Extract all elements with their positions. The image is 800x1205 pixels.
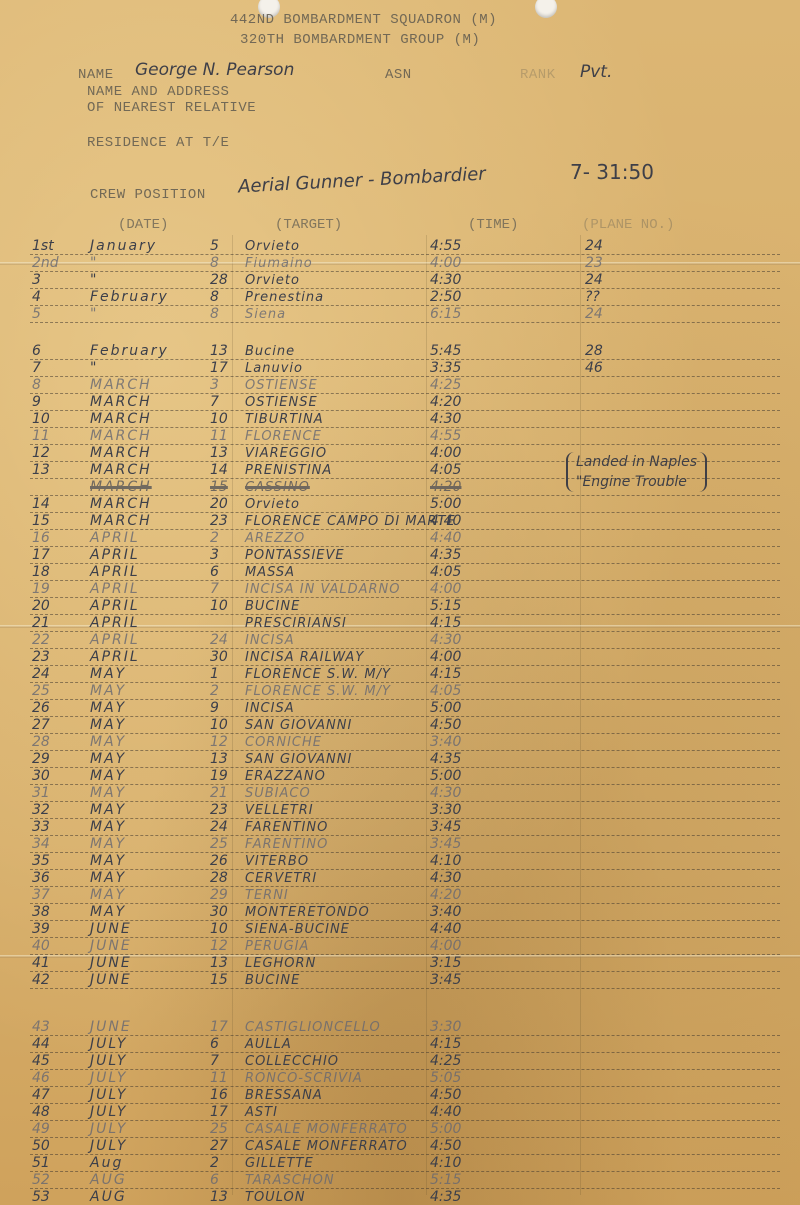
total-time: 7- 31:50 (570, 160, 654, 184)
mission-day: 23 (210, 513, 228, 529)
mission-target: AREZZO (245, 531, 305, 546)
mission-time: 4:40 (430, 530, 461, 546)
mission-number: 4 (32, 289, 62, 305)
mission-day: 19 (210, 768, 228, 784)
mission-month: APRIL (90, 547, 140, 563)
mission-month: APRIL (90, 581, 140, 597)
mission-month: MAY (90, 819, 126, 835)
mission-number: 28 (32, 734, 62, 750)
mission-number: 39 (32, 921, 62, 937)
mission-day: 24 (210, 632, 228, 648)
mission-time: 4:00 (430, 445, 461, 461)
mission-month: January (90, 238, 157, 254)
mission-month: MARCH (90, 377, 152, 393)
mission-time: 4:35 (430, 1189, 461, 1205)
mission-number: 29 (32, 751, 62, 767)
mission-day: 9 (210, 700, 219, 716)
mission-time: 3:40 (430, 904, 461, 920)
mission-month: JULY (90, 1104, 127, 1120)
mission-time: 4:05 (430, 683, 461, 699)
mission-month: MAY (90, 836, 126, 852)
mission-time: 3:35 (430, 360, 461, 376)
mission-day: 13 (210, 1189, 228, 1205)
mission-target: PERUGIA (245, 939, 309, 954)
mission-target: FARENTINO (245, 820, 328, 835)
mission-day: 13 (210, 343, 228, 359)
mission-month: JUNE (90, 938, 132, 954)
name-label: NAME (78, 67, 114, 83)
mission-day: 10 (210, 921, 228, 937)
mission-target: INCISA IN VALDARNO (245, 582, 400, 597)
name-value: George N. Pearson (135, 60, 294, 80)
mission-time: 3:45 (430, 836, 461, 852)
mission-target: INCISA RAILWAY (245, 650, 364, 665)
mission-number: 3 (32, 272, 62, 288)
mission-time: 3:40 (430, 734, 461, 750)
mission-day: 2 (210, 1155, 219, 1171)
mission-target: BUCINE (245, 973, 300, 988)
mission-number: 48 (32, 1104, 62, 1120)
mission-plane-number: 46 (585, 360, 603, 376)
mission-number: 36 (32, 870, 62, 886)
mission-day: 17 (210, 360, 228, 376)
mission-target: VITERBO (245, 854, 309, 869)
mission-month: MARCH (90, 462, 152, 478)
squadron-heading: 442ND BOMBARDMENT SQUADRON (M) (230, 12, 497, 28)
mission-number: 31 (32, 785, 62, 801)
mission-target: FLORENCE CAMPO DI MARTE (245, 514, 456, 529)
mission-month: MAY (90, 887, 126, 903)
mission-time: 5:00 (430, 1121, 461, 1137)
mission-time: 4:30 (430, 632, 461, 648)
mission-time: 4:20 (430, 479, 461, 495)
mission-number: 10 (32, 411, 62, 427)
mission-month: JULY (90, 1070, 127, 1086)
mission-target: FLORENCE (245, 429, 322, 444)
mission-time: 4:00 (430, 938, 461, 954)
mission-month: MARCH (90, 496, 152, 512)
mission-day: 1 (210, 666, 219, 682)
mission-month: JULY (90, 1138, 127, 1154)
position-label: CREW POSITION (90, 187, 206, 203)
mission-target: SIENA-BUCINE (245, 922, 350, 937)
mission-month: MAY (90, 853, 126, 869)
mission-day: 28 (210, 272, 228, 288)
column-header-target: (TARGET) (275, 217, 342, 233)
mission-month: JULY (90, 1121, 127, 1137)
mission-time: 5:00 (430, 496, 461, 512)
mission-time: 4:10 (430, 853, 461, 869)
mission-target: CASALE MONFERRATO (245, 1139, 408, 1154)
mission-time: 4:25 (430, 377, 461, 393)
mission-number: 2nd (32, 255, 62, 271)
position-value: Aerial Gunner - Bombardier (238, 164, 487, 198)
mission-target: TOULON (245, 1190, 306, 1205)
mission-month: February (90, 343, 169, 359)
mission-day: 13 (210, 751, 228, 767)
mission-day: 25 (210, 836, 228, 852)
mission-month: MARCH (90, 445, 152, 461)
mission-month: APRIL (90, 615, 140, 631)
mission-target: Fiumaino (245, 256, 313, 271)
mission-number: 15 (32, 513, 62, 529)
mission-target: VELLETRI (245, 803, 314, 818)
mission-number: 19 (32, 581, 62, 597)
mission-time: 5:15 (430, 1172, 461, 1188)
mission-day: 17 (210, 1104, 228, 1120)
mission-time: 3:45 (430, 972, 461, 988)
mission-plane-number: ?? (585, 289, 600, 305)
mission-month: MARCH (90, 513, 152, 529)
mission-target: PRESCIRIANSI (245, 616, 347, 631)
mission-target: INCISA (245, 701, 295, 716)
mission-target: Siena (245, 307, 286, 322)
mission-day: 8 (210, 289, 219, 305)
mission-target: GILLETTE (245, 1156, 314, 1171)
mission-target: SAN GIOVANNI (245, 718, 352, 733)
mission-day: 6 (210, 1172, 219, 1188)
mission-month: JULY (90, 1087, 127, 1103)
mission-month: MAY (90, 751, 126, 767)
mission-number: 44 (32, 1036, 62, 1052)
note-line-2: "Engine Trouble (576, 472, 697, 492)
mission-number: 33 (32, 819, 62, 835)
mission-number: 35 (32, 853, 62, 869)
mission-target: LEGHORN (245, 956, 316, 971)
relative-label-2: OF NEAREST RELATIVE (87, 100, 256, 116)
column-header-time: (TIME) (468, 217, 518, 233)
mission-number: 43 (32, 1019, 62, 1035)
mission-day: 3 (210, 547, 219, 563)
mission-day: 29 (210, 887, 228, 903)
mission-day: 2 (210, 683, 219, 699)
mission-month: APRIL (90, 632, 140, 648)
mission-month: MAY (90, 870, 126, 886)
mission-target: BUCINE (245, 599, 300, 614)
mission-target: TIBURTINA (245, 412, 324, 427)
mission-number: 41 (32, 955, 62, 971)
mission-target: INCISA (245, 633, 295, 648)
mission-target: ASTI (245, 1105, 278, 1120)
mission-day: 7 (210, 1053, 219, 1069)
mission-time: 6:15 (430, 306, 461, 322)
mission-number: 50 (32, 1138, 62, 1154)
mission-time: 5:15 (430, 598, 461, 614)
mission-day: 20 (210, 496, 228, 512)
mission-month: MARCH (90, 411, 152, 427)
mission-day: 10 (210, 411, 228, 427)
mission-month: MAY (90, 717, 126, 733)
mission-number: 11 (32, 428, 62, 444)
mission-number: 27 (32, 717, 62, 733)
mission-month: APRIL (90, 598, 140, 614)
mission-month: MAY (90, 785, 126, 801)
mission-time: 4:50 (430, 717, 461, 733)
mission-plane-number: 24 (585, 238, 603, 254)
mission-time: 3:15 (430, 955, 461, 971)
mission-time: 4:30 (430, 411, 461, 427)
mission-day: 15 (210, 972, 228, 988)
mission-target: FLORENCE S.W. M/Y (245, 684, 391, 699)
mission-number: 42 (32, 972, 62, 988)
mission-month: APRIL (90, 649, 140, 665)
mission-month: JUNE (90, 972, 132, 988)
mission-number: 45 (32, 1053, 62, 1069)
mission-month: APRIL (90, 564, 140, 580)
mission-number: 5 (32, 306, 62, 322)
mission-row: 53AUG13TOULON4:35 (30, 1187, 780, 1205)
mission-time: 4:30 (430, 870, 461, 886)
mission-month: MAY (90, 802, 126, 818)
mission-month: Aug (90, 1155, 123, 1171)
engine-trouble-note: Landed in Naples "Engine Trouble (566, 452, 707, 492)
mission-number: 17 (32, 547, 62, 563)
mission-day: 17 (210, 1019, 228, 1035)
mission-target: SUBIACO (245, 786, 311, 801)
mission-number: 8 (32, 377, 62, 393)
column-header-plane: (PLANE NO.) (582, 217, 674, 233)
mission-plane-number: 24 (585, 272, 603, 288)
mission-month: February (90, 289, 169, 305)
mission-target: PRENISTINA (245, 463, 332, 478)
mission-time: 4:00 (430, 649, 461, 665)
mission-day: 30 (210, 904, 228, 920)
mission-day: 23 (210, 802, 228, 818)
residence-label: RESIDENCE AT T/E (87, 135, 229, 151)
mission-time: 4:40 (430, 513, 461, 529)
mission-day: 2 (210, 530, 219, 546)
mission-day: 7 (210, 394, 219, 410)
mission-target: RONCO-SCRIVIA (245, 1071, 363, 1086)
mission-number: 9 (32, 394, 62, 410)
rank-value: Pvt. (580, 62, 612, 82)
mission-day: 30 (210, 649, 228, 665)
mission-plane-number: 24 (585, 306, 603, 322)
mission-month: MAY (90, 666, 126, 682)
mission-month: " (90, 360, 98, 376)
mission-target: CASTIGLIONCELLO (245, 1020, 381, 1035)
mission-target: CASALE MONFERRATO (245, 1122, 408, 1137)
mission-month: MAY (90, 734, 126, 750)
mission-time: 4:55 (430, 238, 461, 254)
mission-number: 37 (32, 887, 62, 903)
mission-time: 4:40 (430, 1104, 461, 1120)
mission-month: " (90, 306, 98, 322)
mission-target: Lanuvio (245, 361, 303, 376)
group-heading: 320TH BOMBARDMENT GROUP (M) (240, 32, 480, 48)
mission-number: 47 (32, 1087, 62, 1103)
mission-target: ERAZZANO (245, 769, 326, 784)
mission-time: 4:35 (430, 547, 461, 563)
mission-time: 4:00 (430, 255, 461, 271)
mission-row: 5"8Siena6:1524 (30, 304, 780, 323)
mission-target: FLORENCE S.W. M/Y (245, 667, 391, 682)
column-header-date: (DATE) (118, 217, 168, 233)
mission-month: JULY (90, 1036, 127, 1052)
mission-time: 5:00 (430, 700, 461, 716)
mission-target: MONTERETONDO (245, 905, 370, 920)
mission-time: 5:45 (430, 343, 461, 359)
mission-target: VIAREGGIO (245, 446, 327, 461)
mission-time: 5:00 (430, 768, 461, 784)
asn-label: ASN (385, 67, 412, 83)
mission-number: 46 (32, 1070, 62, 1086)
note-line-1: Landed in Naples (576, 452, 697, 472)
mission-number: 32 (32, 802, 62, 818)
mission-time: 4:35 (430, 751, 461, 767)
mission-month: MAY (90, 683, 126, 699)
mission-day: 8 (210, 306, 219, 322)
mission-time: 4:50 (430, 1087, 461, 1103)
mission-day: 11 (210, 1070, 228, 1086)
mission-day: 16 (210, 1087, 228, 1103)
mission-day: 26 (210, 853, 228, 869)
mission-month: MAY (90, 904, 126, 920)
mission-number: 34 (32, 836, 62, 852)
mission-number: 14 (32, 496, 62, 512)
mission-month: JULY (90, 1053, 127, 1069)
mission-time: 4:20 (430, 887, 461, 903)
mission-month: JUNE (90, 955, 132, 971)
mission-number: 6 (32, 343, 62, 359)
mission-target: FARENTINO (245, 837, 328, 852)
mission-time: 4:25 (430, 1053, 461, 1069)
mission-plane-number: 28 (585, 343, 603, 359)
mission-day: 11 (210, 428, 228, 444)
mission-month: MARCH (90, 428, 152, 444)
mission-time: 4:30 (430, 785, 461, 801)
mission-number: 1st (32, 238, 62, 254)
mission-month: AUG (90, 1172, 127, 1188)
mission-time: 4:10 (430, 1155, 461, 1171)
mission-time: 4:55 (430, 428, 461, 444)
mission-number: 38 (32, 904, 62, 920)
mission-row: 42JUNE15BUCINE3:45 (30, 970, 780, 989)
mission-month: APRIL (90, 530, 140, 546)
mission-target: PONTASSIEVE (245, 548, 345, 563)
mission-month: JUNE (90, 1019, 132, 1035)
mission-number: 18 (32, 564, 62, 580)
mission-day: 13 (210, 955, 228, 971)
mission-target: Prenestina (245, 290, 324, 305)
mission-month: MAY (90, 700, 126, 716)
mission-month: AUG (90, 1189, 127, 1205)
mission-time: 4:15 (430, 615, 461, 631)
mission-number: 52 (32, 1172, 62, 1188)
mission-target: Orvieto (245, 497, 300, 512)
mission-record-sheet: 442ND BOMBARDMENT SQUADRON (M) 320TH BOM… (0, 0, 800, 1205)
mission-day: 24 (210, 819, 228, 835)
mission-time: 4:05 (430, 462, 461, 478)
mission-month: " (90, 255, 98, 271)
mission-target: SAN GIOVANNI (245, 752, 352, 767)
mission-target: Orvieto (245, 239, 300, 254)
mission-time: 3:30 (430, 1019, 461, 1035)
mission-day: 7 (210, 581, 219, 597)
mission-target: TERNI (245, 888, 289, 903)
mission-target: MASSA (245, 565, 295, 580)
mission-month: MARCH (90, 479, 152, 495)
mission-number: 25 (32, 683, 62, 699)
mission-day: 12 (210, 734, 228, 750)
mission-number: 53 (32, 1189, 62, 1205)
mission-number: 16 (32, 530, 62, 546)
mission-time: 4:20 (430, 394, 461, 410)
mission-number: 26 (32, 700, 62, 716)
mission-number: 40 (32, 938, 62, 954)
mission-day: 15 (210, 479, 228, 495)
mission-target: CASSINO (245, 480, 310, 495)
mission-day: 10 (210, 598, 228, 614)
mission-day: 12 (210, 938, 228, 954)
mission-time: 2:50 (430, 289, 461, 305)
mission-number: 23 (32, 649, 62, 665)
mission-month: " (90, 272, 98, 288)
mission-number: 22 (32, 632, 62, 648)
mission-time: 3:45 (430, 819, 461, 835)
mission-target: Bucine (245, 344, 295, 359)
mission-day: 25 (210, 1121, 228, 1137)
mission-time: 5:05 (430, 1070, 461, 1086)
mission-day: 21 (210, 785, 228, 801)
mission-day: 14 (210, 462, 228, 478)
mission-day: 6 (210, 564, 219, 580)
mission-number: 7 (32, 360, 62, 376)
mission-day: 8 (210, 255, 219, 271)
mission-month: MARCH (90, 394, 152, 410)
mission-number: 51 (32, 1155, 62, 1171)
mission-target: CERVETRI (245, 871, 317, 886)
mission-day: 6 (210, 1036, 219, 1052)
mission-day: 13 (210, 445, 228, 461)
mission-number: 24 (32, 666, 62, 682)
mission-time: 4:05 (430, 564, 461, 580)
mission-day: 3 (210, 377, 219, 393)
rank-label: RANK (520, 67, 556, 83)
mission-time: 4:30 (430, 272, 461, 288)
relative-label-1: NAME AND ADDRESS (87, 84, 229, 100)
mission-time: 4:15 (430, 1036, 461, 1052)
mission-time: 4:50 (430, 1138, 461, 1154)
mission-number: 21 (32, 615, 62, 631)
mission-day: 5 (210, 238, 219, 254)
mission-number: 30 (32, 768, 62, 784)
mission-number: 49 (32, 1121, 62, 1137)
mission-target: BRESSANA (245, 1088, 323, 1103)
mission-number: 20 (32, 598, 62, 614)
mission-month: MAY (90, 768, 126, 784)
mission-month: JUNE (90, 921, 132, 937)
mission-target: TARASCHON (245, 1173, 335, 1188)
mission-target: OSTIENSE (245, 378, 318, 393)
mission-target: CORNICHE (245, 735, 322, 750)
mission-number: 13 (32, 462, 62, 478)
mission-number: 12 (32, 445, 62, 461)
mission-target: AULLA (245, 1037, 292, 1052)
mission-day: 28 (210, 870, 228, 886)
punch-hole (535, 0, 557, 18)
mission-time: 4:15 (430, 666, 461, 682)
mission-target: COLLECCHIO (245, 1054, 339, 1069)
mission-time: 4:40 (430, 921, 461, 937)
mission-day: 27 (210, 1138, 228, 1154)
mission-target: Orvieto (245, 273, 300, 288)
mission-time: 4:00 (430, 581, 461, 597)
mission-target: OSTIENSE (245, 395, 318, 410)
mission-plane-number: 23 (585, 255, 603, 271)
mission-day: 10 (210, 717, 228, 733)
mission-time: 3:30 (430, 802, 461, 818)
